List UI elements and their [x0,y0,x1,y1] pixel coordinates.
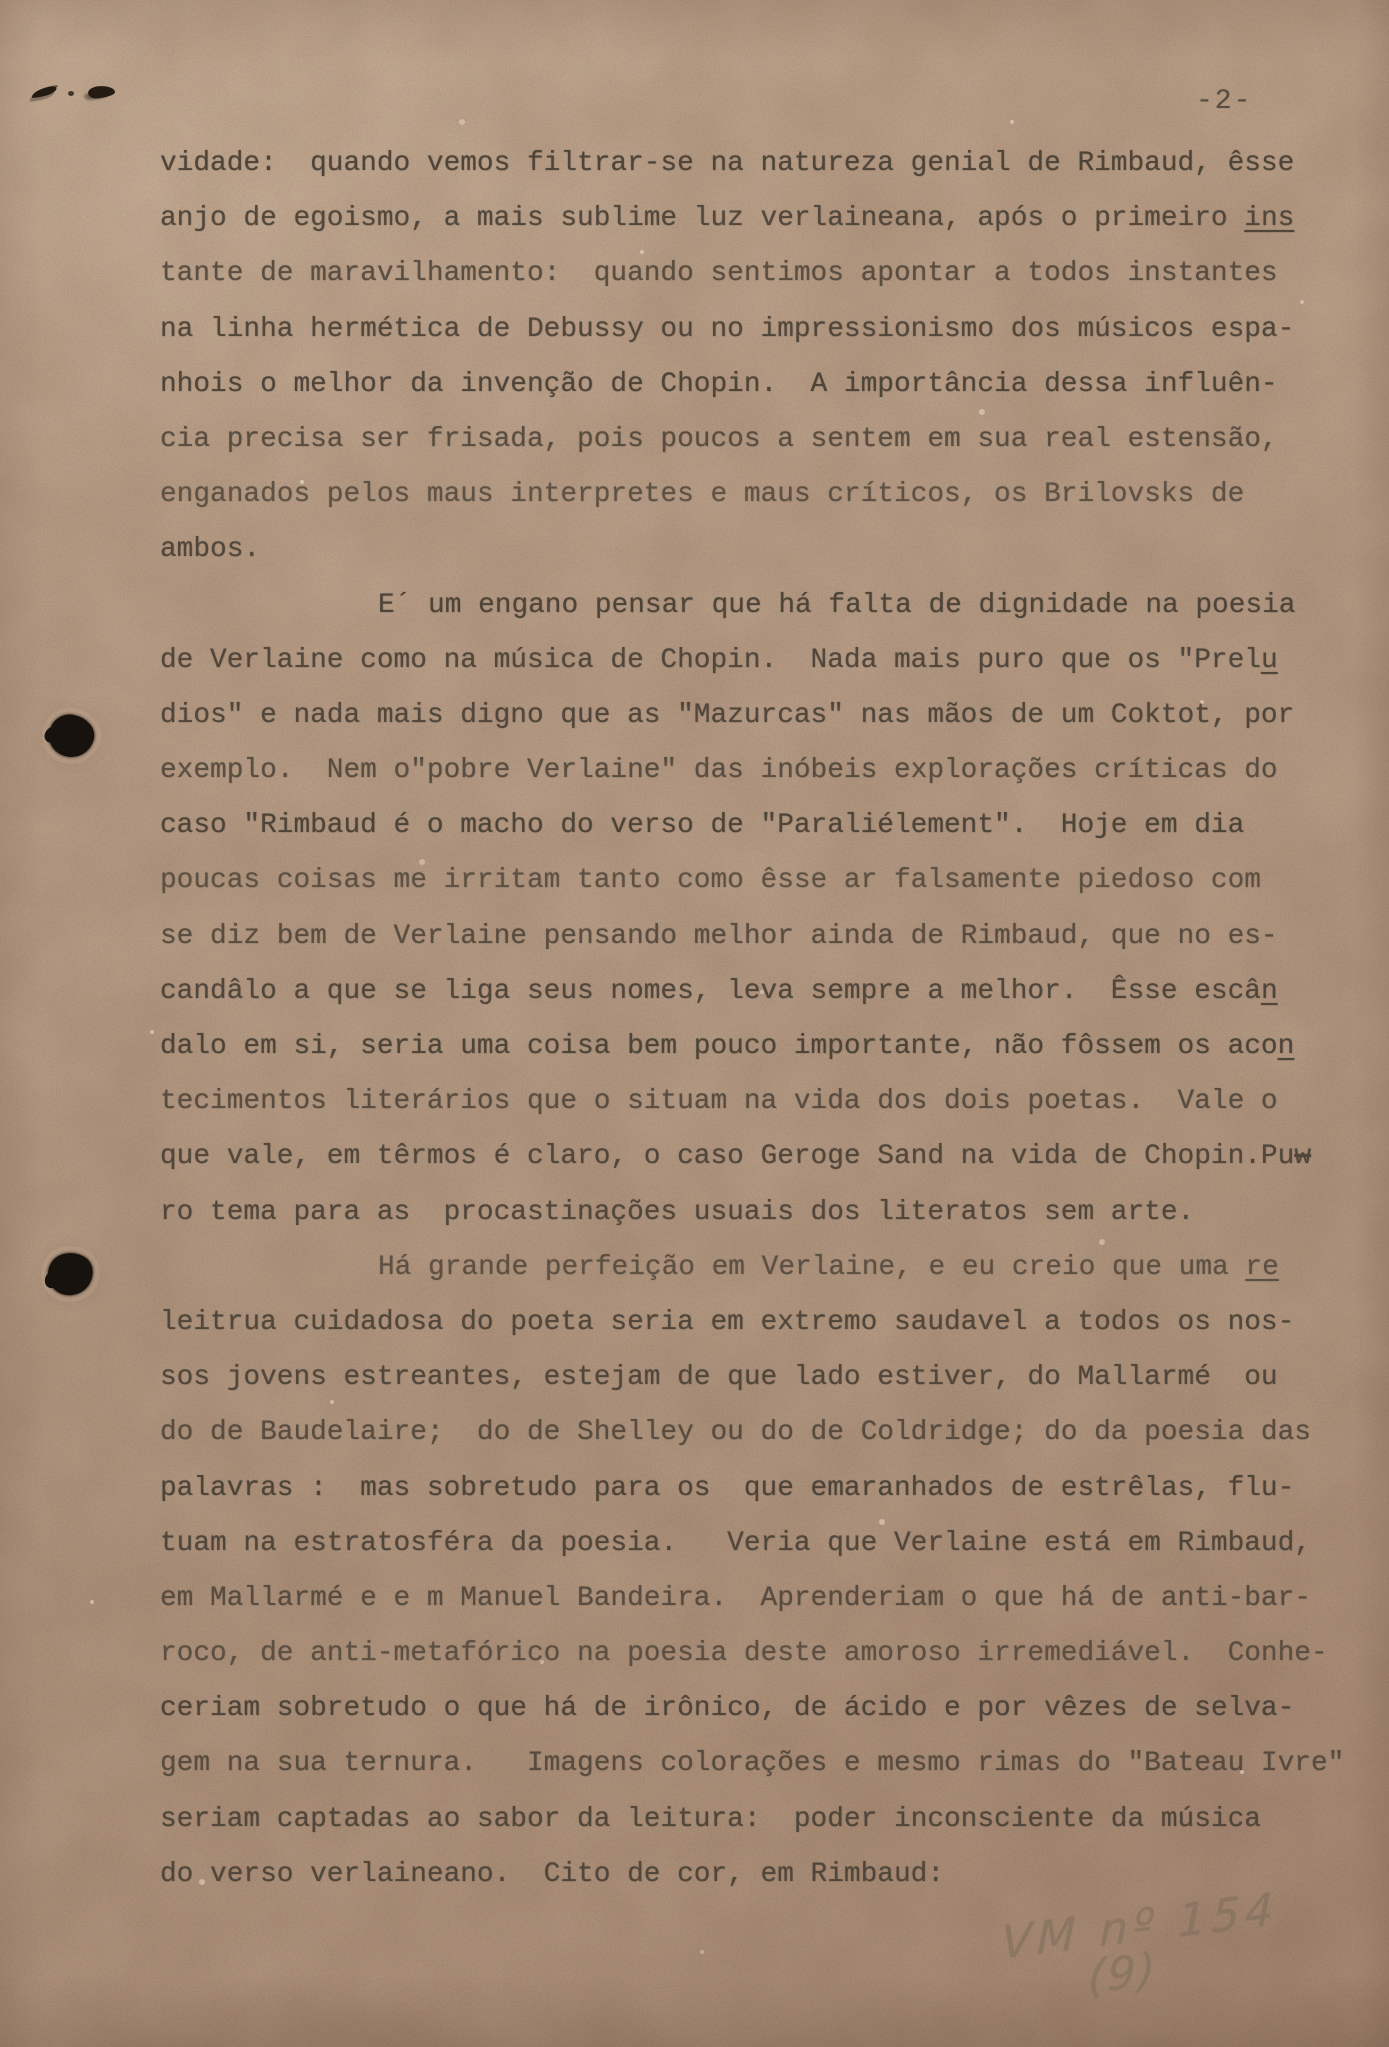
text-segment: anjo de egoismo, a mais sublime luz verl… [160,203,1244,234]
text-line: exemplo. Nem o"pobre Verlaine" das inóbe… [160,743,1370,798]
text-line: de Verlaine como na música de Chopin. Na… [160,633,1370,688]
text-line: tuam na estratosféra da poesia. Veria qu… [160,1516,1370,1571]
text-line: enganados pelos maus interpretes e maus … [160,467,1370,522]
text-segment: tuam na estratosféra da poesia. Veria qu… [160,1528,1311,1559]
text-segment: Há grande perfeição em Verlaine, e eu cr… [378,1252,1245,1283]
text-line: ceriam sobretudo o que há de irônico, de… [160,1681,1370,1736]
text-segment: palavras : mas sobretudo para os que ema… [160,1473,1294,1504]
text-segment: do de Baudelaire; do de Shelley ou do de… [160,1417,1311,1448]
text-line: tante de maravilhamento: quando sentimos… [160,246,1370,301]
text-line: palavras : mas sobretudo para os que ema… [160,1461,1370,1516]
text-line: anjo de egoismo, a mais sublime luz verl… [160,191,1370,246]
text-line: em Mallarmé e e m Manuel Bandeira. Apren… [160,1571,1370,1626]
text-segment-underline: re [1245,1252,1278,1283]
ink-blot [45,1250,96,1299]
text-line: tecimentos literários que o situam na vi… [160,1074,1370,1129]
text-segment: exemplo. Nem o"pobre Verlaine" das inóbe… [160,755,1278,786]
text-line: na linha hermética de Debussy ou no impr… [160,302,1370,357]
text-segment: do verso verlaineano. Cito de cor, em Ri… [160,1859,944,1890]
text-segment-strike: w [1294,1141,1311,1172]
text-segment-underline: ins [1244,203,1294,234]
text-segment: de Verlaine como na música de Chopin. Na… [160,645,1261,676]
text-segment: se diz bem de Verlaine pensando melhor a… [160,921,1278,952]
text-line: poucas coisas me irritam tanto como êsse… [160,853,1370,908]
text-segment: cia precisa ser frisada, pois poucos a s… [160,424,1278,455]
text-segment: leitrua cuidadosa do poeta seria em extr… [160,1307,1294,1338]
text-line: nhois o melhor da invenção de Chopin. A … [160,357,1370,412]
ink-smudge [30,85,57,99]
text-segment: ceriam sobretudo o que há de irônico, de… [160,1693,1294,1724]
typewritten-text-block: vidade: quando vemos filtrar-se na natur… [160,136,1370,1902]
text-segment: candâlo a que se liga seus nomes, leva s… [160,976,1261,1007]
text-segment: ambos. [160,534,260,565]
ink-blot [45,711,98,761]
text-segment: sos jovens estreantes, estejam de que la… [160,1362,1278,1393]
text-line: candâlo a que se liga seus nomes, leva s… [160,964,1370,1019]
text-line: dalo em si, seria uma coisa bem pouco im… [160,1019,1370,1074]
text-segment: dalo em si, seria uma coisa bem pouco im… [160,1031,1278,1062]
text-segment: caso "Rimbaud é o macho do verso de "Par… [160,810,1244,841]
text-line: se diz bem de Verlaine pensando melhor a… [160,909,1370,964]
text-segment: nhois o melhor da invenção de Chopin. A … [160,369,1278,400]
text-segment-underline: u [1261,645,1278,676]
text-segment: na linha hermética de Debussy ou no impr… [160,314,1294,345]
text-line: sos jovens estreantes, estejam de que la… [160,1350,1370,1405]
text-line: do de Baudelaire; do de Shelley ou do de… [160,1405,1370,1460]
text-line: ro tema para as procastinações usuais do… [160,1185,1370,1240]
text-line: que vale, em têrmos é claro, o caso Gero… [160,1129,1370,1184]
text-line: seriam captadas ao sabor da leitura: pod… [160,1792,1370,1847]
text-line: caso "Rimbaud é o macho do verso de "Par… [160,798,1370,853]
text-line: gem na sua ternura. Imagens colorações e… [160,1736,1370,1791]
text-line: leitrua cuidadosa do poeta seria em extr… [160,1295,1370,1350]
text-segment: poucas coisas me irritam tanto como êsse… [160,865,1261,896]
text-segment: vidade: quando vemos filtrar-se na natur… [160,148,1294,179]
text-line: Há grande perfeição em Verlaine, e eu cr… [160,1240,1370,1295]
text-segment: enganados pelos maus interpretes e maus … [160,479,1244,510]
text-line: cia precisa ser frisada, pois poucos a s… [160,412,1370,467]
text-segment: que vale, em têrmos é claro, o caso Gero… [160,1141,1294,1172]
text-segment-underline: n [1261,976,1278,1007]
document-page: -2- vidade: quando vemos filtrar-se na n… [0,0,1389,2047]
text-line: ambos. [160,522,1370,577]
text-line: roco, de anti-metafórico na poesia deste… [160,1626,1370,1681]
text-segment: dios" e nada mais digno que as "Mazurcas… [160,700,1294,731]
text-line: E´ um engano pensar que há falta de dign… [160,578,1370,633]
text-segment: em Mallarmé e e m Manuel Bandeira. Apren… [160,1583,1311,1614]
ink-dot [68,91,74,96]
page-number: -2- [1196,86,1252,117]
text-segment: roco, de anti-metafórico na poesia deste… [160,1638,1328,1669]
text-segment: ro tema para as procastinações usuais do… [160,1197,1194,1228]
text-line: vidade: quando vemos filtrar-se na natur… [160,136,1370,191]
text-segment: E´ um engano pensar que há falta de dign… [378,590,1295,621]
text-segment: tante de maravilhamento: quando sentimos… [160,258,1278,289]
text-segment: seriam captadas ao sabor da leitura: pod… [160,1804,1261,1835]
text-segment: gem na sua ternura. Imagens colorações e… [160,1748,1344,1779]
text-line: dios" e nada mais digno que as "Mazurcas… [160,688,1370,743]
text-segment: tecimentos literários que o situam na vi… [160,1086,1278,1117]
ink-smudge [88,85,116,99]
text-segment-underline: n [1278,1031,1295,1062]
